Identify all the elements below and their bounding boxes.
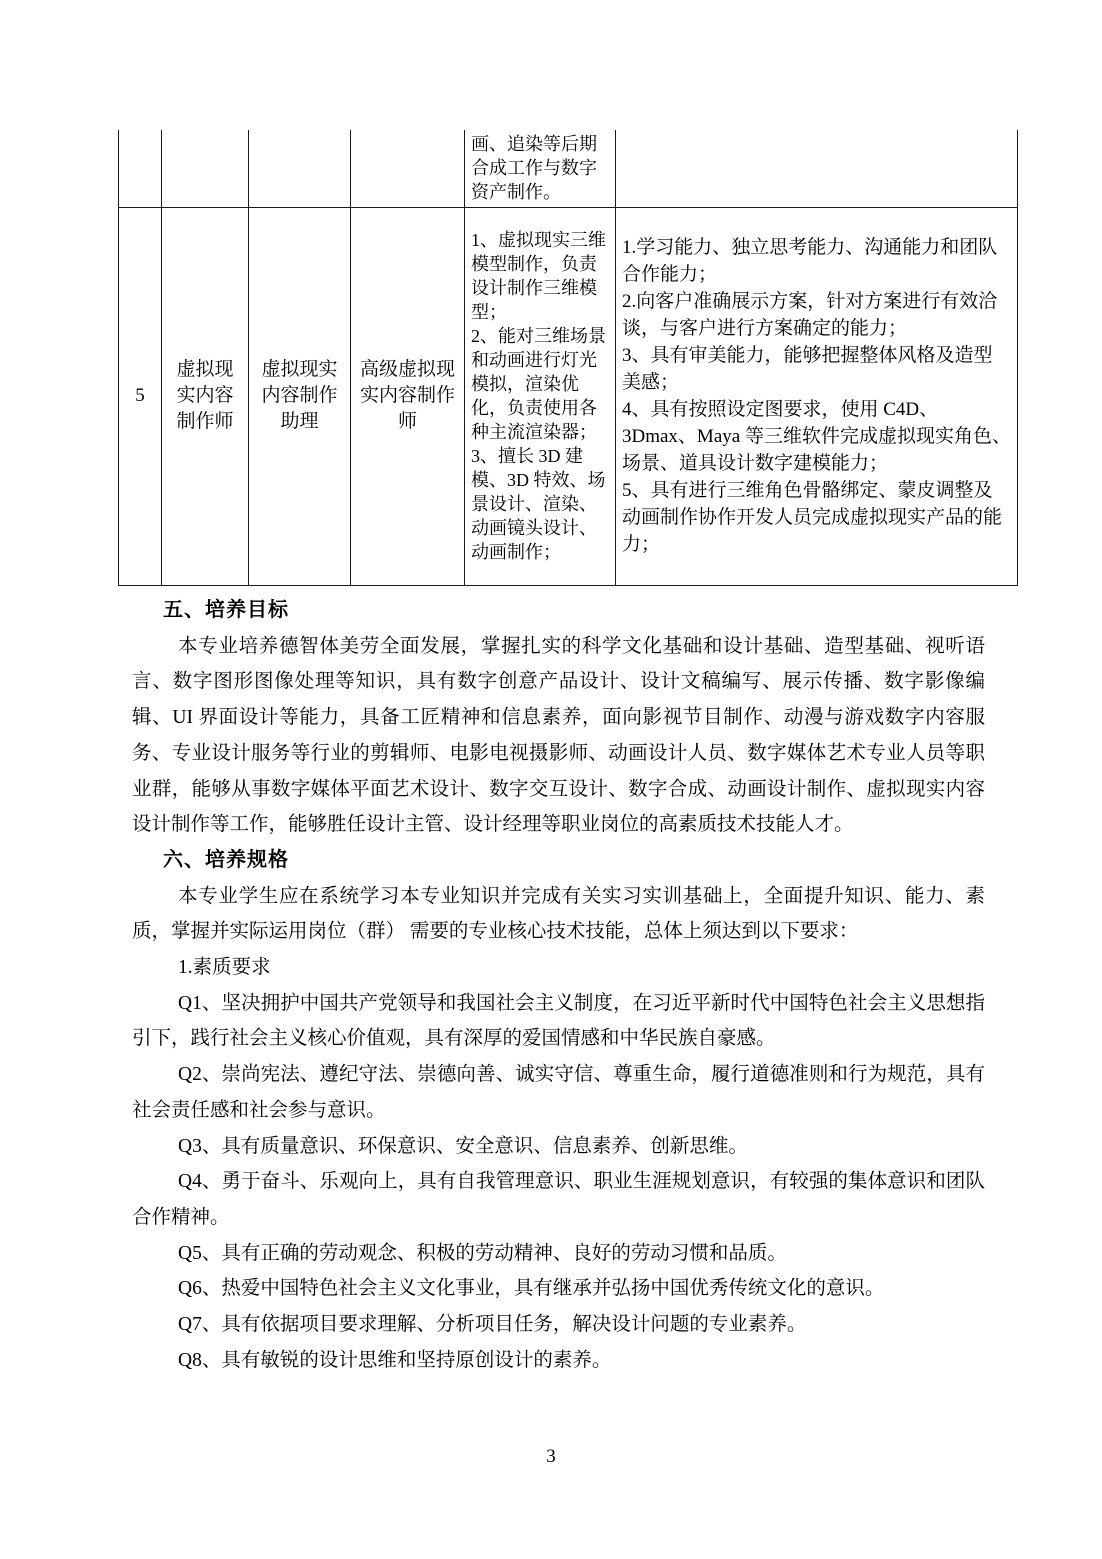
table-row-carryover: 画、追染等后期合成工作与数字资产制作。 bbox=[119, 130, 1018, 207]
cell-abilities-empty bbox=[616, 130, 1018, 207]
occupations-table: 画、追染等后期合成工作与数字资产制作。 5 虚拟现实内容制作师 虚拟现实内容制作… bbox=[118, 130, 1018, 586]
ability-item: 2.向客户准确展示方案，针对方案进行有效洽谈，与客户进行方案确定的能力； bbox=[622, 288, 1011, 342]
body-text: 五、培养目标 本专业培养德智体美劳全面发展，掌握扎实的科学文化基础和设计基础、造… bbox=[132, 593, 985, 1378]
duty-item: 2、能对三维场景和动画进行灯光模拟，渲染优化，负责使用各种主流渲染器； bbox=[471, 324, 609, 444]
duty-item: 3、擅长 3D 建模、3D 特效、场景设计、渲染、动画镜头设计、动画制作； bbox=[471, 444, 609, 564]
section-6-heading: 六、培养规格 bbox=[163, 843, 985, 879]
ability-item: 1.学习能力、独立思考能力、沟通能力和团队合作能力； bbox=[622, 234, 1011, 288]
cell-row-number: 5 bbox=[119, 207, 162, 585]
ability-item: 3、具有审美能力，能够把握整体风格及造型美感； bbox=[622, 342, 1011, 396]
quality-item: Q7、具有依据项目要求理解、分析项目任务，解决设计问题的专业素养。 bbox=[132, 1307, 985, 1343]
quality-item: Q8、具有敏锐的设计思维和坚持原创设计的素养。 bbox=[132, 1343, 985, 1379]
ability-item: 4、具有按照设定图要求，使用 C4D、3Dmax、Maya 等三维软件完成虚拟现… bbox=[622, 396, 1011, 477]
cell-senior-empty bbox=[351, 130, 465, 207]
duty-item: 1、虚拟现实三维模型制作，负责设计制作三维模型； bbox=[471, 228, 609, 324]
cell-junior-empty bbox=[249, 130, 351, 207]
cell-senior-post: 高级虚拟现实内容制作师 bbox=[351, 207, 465, 585]
section-5-heading: 五、培养目标 bbox=[163, 593, 985, 629]
duty-continuation-text: 画、追染等后期合成工作与数字资产制作。 bbox=[471, 132, 609, 204]
training-spec-intro: 本专业学生应在系统学习本专业知识并完成有关实习实训基础上，全面提升知识、能力、素… bbox=[132, 879, 985, 950]
cell-junior-post: 虚拟现实内容制作助理 bbox=[249, 207, 351, 585]
quality-item: Q4、勇于奋斗、乐观向上，具有自我管理意识、职业生涯规划意识，有较强的集体意识和… bbox=[132, 1164, 985, 1235]
page-number: 3 bbox=[0, 1444, 1102, 1470]
quality-requirements-subheading: 1.素质要求 bbox=[132, 950, 985, 986]
quality-item: Q1、坚决拥护中国共产党领导和我国社会主义制度，在习近平新时代中国特色社会主义思… bbox=[132, 986, 985, 1057]
cell-occupation-empty bbox=[162, 130, 249, 207]
cell-no-empty bbox=[119, 130, 162, 207]
document-page: 画、追染等后期合成工作与数字资产制作。 5 虚拟现实内容制作师 虚拟现实内容制作… bbox=[0, 0, 1102, 1559]
ability-item: 5、具有进行三维角色骨骼绑定、蒙皮调整及动画制作协作开发人员完成虚拟现实产品的能… bbox=[622, 477, 1011, 558]
quality-item: Q6、热爱中国特色社会主义文化事业，具有继承并弘扬中国优秀传统文化的意识。 bbox=[132, 1271, 985, 1307]
quality-item: Q2、崇尚宪法、遵纪守法、崇德向善、诚实守信、尊重生命，履行道德准则和行为规范，… bbox=[132, 1057, 985, 1128]
cell-abilities: 1.学习能力、独立思考能力、沟通能力和团队合作能力； 2.向客户准确展示方案，针… bbox=[616, 207, 1018, 585]
table-row-5: 5 虚拟现实内容制作师 虚拟现实内容制作助理 高级虚拟现实内容制作师 1、虚拟现… bbox=[119, 207, 1018, 585]
cell-duty-continuation: 画、追染等后期合成工作与数字资产制作。 bbox=[465, 130, 616, 207]
cell-occupation: 虚拟现实内容制作师 bbox=[162, 207, 249, 585]
quality-item: Q3、具有质量意识、环保意识、安全意识、信息素养、创新思维。 bbox=[132, 1129, 985, 1165]
cell-duties: 1、虚拟现实三维模型制作，负责设计制作三维模型； 2、能对三维场景和动画进行灯光… bbox=[465, 207, 616, 585]
training-objective-paragraph: 本专业培养德智体美劳全面发展，掌握扎实的科学文化基础和设计基础、造型基础、视听语… bbox=[132, 629, 985, 843]
quality-item: Q5、具有正确的劳动观念、积极的劳动精神、良好的劳动习惯和品质。 bbox=[132, 1236, 985, 1272]
